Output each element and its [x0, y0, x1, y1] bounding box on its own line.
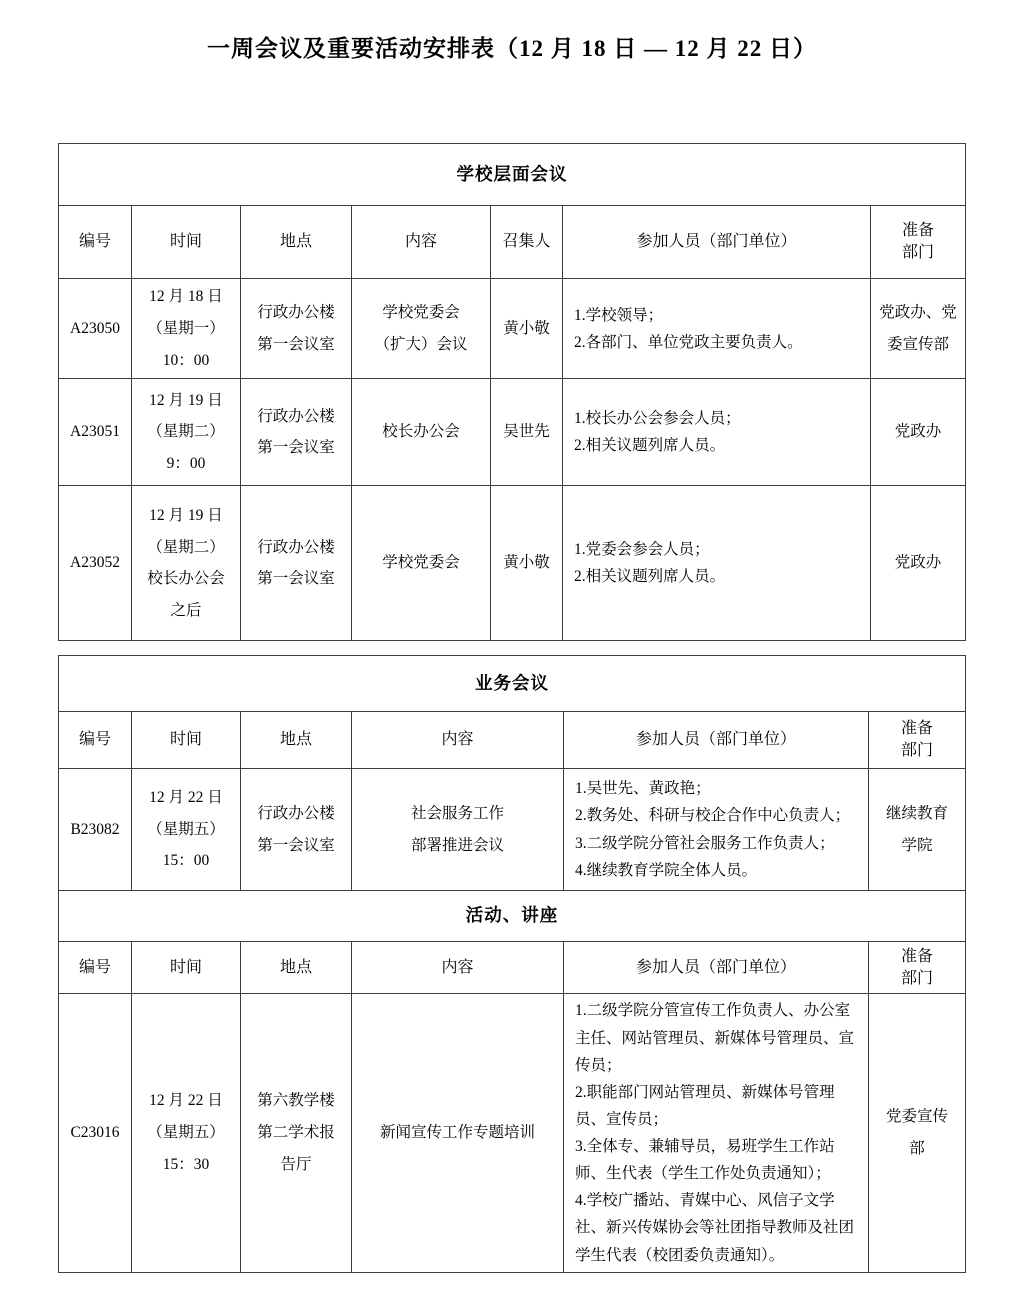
col-header-place: 地点 [241, 712, 352, 769]
page-title: 一周会议及重要活动安排表（12 月 18 日 — 12 月 22 日） [0, 30, 1024, 63]
cell-content: 校长办公会 [352, 379, 491, 486]
cell-prep: 党政办 [871, 486, 966, 641]
cell-id: B23082 [59, 769, 132, 891]
activities-header-row: 编号 时间 地点 内容 参加人员（部门单位） 准备 部门 [59, 942, 966, 994]
cell-participants: 1.吴世先、黄政艳； 2.教务处、科研与校企合作中心负责人； 3.二级学院分管社… [564, 769, 869, 891]
table-row: C23016 12 月 22 日 （星期五） 15：30 第六教学楼 第二学术报… [59, 994, 966, 1273]
col-header-id: 编号 [59, 712, 132, 769]
cell-convener: 黄小敬 [491, 279, 563, 379]
section-title-school: 学校层面会议 [59, 144, 966, 206]
col-header-participants: 参加人员（部门单位） [564, 712, 869, 769]
table-row: A23051 12 月 19 日 （星期二） 9：00 行政办公楼 第一会议室 … [59, 379, 966, 486]
business-activities-table: 业务会议 编号 时间 地点 内容 参加人员（部门单位） 准备 部门 B23082… [58, 655, 966, 1273]
col-header-place: 地点 [241, 942, 352, 994]
col-header-content: 内容 [352, 712, 564, 769]
cell-time: 12 月 19 日 （星期二） 校长办公会 之后 [132, 486, 241, 641]
business-header-row: 编号 时间 地点 内容 参加人员（部门单位） 准备 部门 [59, 712, 966, 769]
section-title-activities: 活动、讲座 [59, 891, 966, 942]
table-row: A23052 12 月 19 日 （星期二） 校长办公会 之后 行政办公楼 第一… [59, 486, 966, 641]
table-row: B23082 12 月 22 日 （星期五） 15：00 行政办公楼 第一会议室… [59, 769, 966, 891]
cell-content: 学校党委会 [352, 486, 491, 641]
cell-convener: 黄小敬 [491, 486, 563, 641]
cell-participants: 1.二级学院分管宣传工作负责人、办公室主任、网站管理员、新媒体号管理员、宣传员；… [564, 994, 869, 1273]
cell-place: 行政办公楼 第一会议室 [241, 379, 352, 486]
cell-content: 新闻宣传工作专题培训 [352, 994, 564, 1273]
col-header-id: 编号 [59, 942, 132, 994]
cell-place: 行政办公楼 第一会议室 [241, 279, 352, 379]
col-header-time: 时间 [132, 942, 241, 994]
cell-prep: 党政办、党 委宣传部 [871, 279, 966, 379]
cell-participants: 1.党委会参会人员； 2.相关议题列席人员。 [563, 486, 871, 641]
cell-time: 12 月 22 日 （星期五） 15：30 [132, 994, 241, 1273]
cell-prep: 党政办 [871, 379, 966, 486]
col-header-time: 时间 [132, 206, 241, 279]
school-meetings-table: 学校层面会议 编号 时间 地点 内容 召集人 参加人员（部门单位） 准备 部门 … [58, 143, 966, 641]
school-header-row: 编号 时间 地点 内容 召集人 参加人员（部门单位） 准备 部门 [59, 206, 966, 279]
section-row-school: 学校层面会议 [59, 144, 966, 206]
cell-prep: 党委宣传 部 [869, 994, 966, 1273]
cell-place: 行政办公楼 第一会议室 [241, 769, 352, 891]
document-page: 一周会议及重要活动安排表（12 月 18 日 — 12 月 22 日） 学校层面… [0, 0, 1024, 1310]
section-row-business: 业务会议 [59, 656, 966, 712]
cell-id: A23050 [59, 279, 132, 379]
cell-participants: 1.学校领导； 2.各部门、单位党政主要负责人。 [563, 279, 871, 379]
col-header-prep: 准备 部门 [871, 206, 966, 279]
cell-place: 行政办公楼 第一会议室 [241, 486, 352, 641]
cell-content: 学校党委会 （扩大）会议 [352, 279, 491, 379]
col-header-content: 内容 [352, 942, 564, 994]
col-header-content: 内容 [352, 206, 491, 279]
cell-participants: 1.校长办公会参会人员； 2.相关议题列席人员。 [563, 379, 871, 486]
cell-time: 12 月 22 日 （星期五） 15：00 [132, 769, 241, 891]
cell-content: 社会服务工作 部署推进会议 [352, 769, 564, 891]
cell-id: A23051 [59, 379, 132, 486]
col-header-place: 地点 [241, 206, 352, 279]
section-row-activities: 活动、讲座 [59, 891, 966, 942]
col-header-prep: 准备 部门 [869, 712, 966, 769]
col-header-id: 编号 [59, 206, 132, 279]
col-header-convener: 召集人 [491, 206, 563, 279]
cell-time: 12 月 18 日 （星期一） 10：00 [132, 279, 241, 379]
cell-id: A23052 [59, 486, 132, 641]
cell-id: C23016 [59, 994, 132, 1273]
cell-convener: 吴世先 [491, 379, 563, 486]
col-header-prep: 准备 部门 [869, 942, 966, 994]
col-header-time: 时间 [132, 712, 241, 769]
cell-prep: 继续教育 学院 [869, 769, 966, 891]
table-row: A23050 12 月 18 日 （星期一） 10：00 行政办公楼 第一会议室… [59, 279, 966, 379]
col-header-participants: 参加人员（部门单位） [564, 942, 869, 994]
col-header-participants: 参加人员（部门单位） [563, 206, 871, 279]
cell-place: 第六教学楼 第二学术报 告厅 [241, 994, 352, 1273]
cell-time: 12 月 19 日 （星期二） 9：00 [132, 379, 241, 486]
section-title-business: 业务会议 [59, 656, 966, 712]
